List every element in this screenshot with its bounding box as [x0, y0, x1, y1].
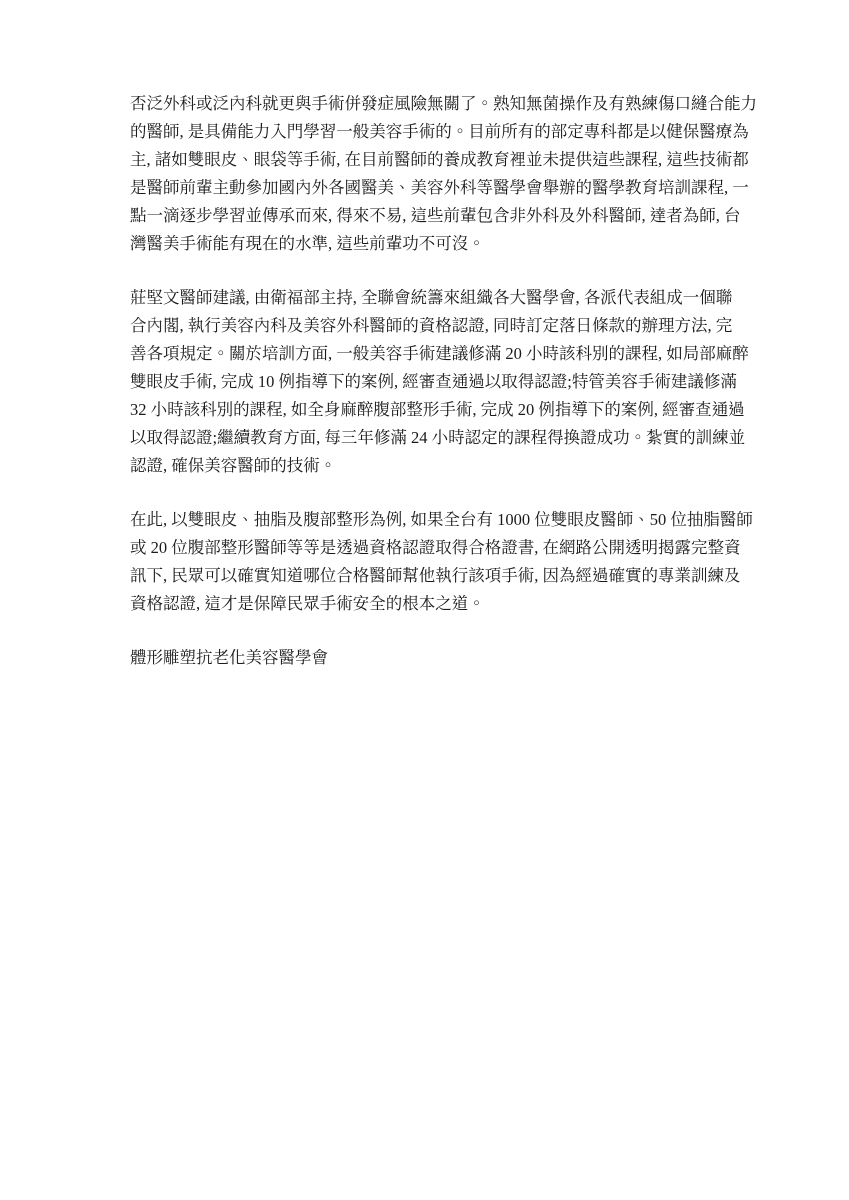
text-line: 認證, 確保美容醫師的技術。 [130, 452, 726, 480]
paragraph: 否泛外科或泛內科就更與手術併發症風險無關了。熟知無菌操作及有熟練傷口縫合能力的醫… [130, 90, 726, 258]
text-line: 的醫師, 是具備能力入門學習一般美容手術的。目前所有的部定專科都是以健保醫療為 [130, 118, 726, 146]
paragraph: 莊堅文醫師建議, 由衛福部主持, 全聯會統籌來組織各大醫學會, 各派代表組成一個… [130, 284, 726, 480]
text-line: 主, 諸如雙眼皮、眼袋等手術, 在目前醫師的養成教育裡並未提供這些課程, 這些技… [130, 146, 726, 174]
text-line: 在此, 以雙眼皮、抽脂及腹部整形為例, 如果全台有 1000 位雙眼皮醫師、50… [130, 506, 726, 534]
text-line: 訊下, 民眾可以確實知道哪位合格醫師幫他執行該項手術, 因為經過確實的專業訓練及 [130, 562, 726, 590]
text-line: 或 20 位腹部整形醫師等等是透過資格認證取得合格證書, 在網路公開透明揭露完整… [130, 534, 726, 562]
signature-paragraph: 體形雕塑抗老化美容醫學會 [130, 644, 726, 672]
text-line: 灣醫美手術能有現在的水準, 這些前輩功不可沒。 [130, 230, 726, 258]
text-line: 雙眼皮手術, 完成 10 例指導下的案例, 經審查通過以取得認證;特管美容手術建… [130, 368, 726, 396]
fallback-glyph: 內 [254, 316, 271, 335]
text-line: 善各項規定。關於培訓方面, 一般美容手術建議修滿 20 小時該科別的課程, 如局… [130, 340, 726, 368]
fallback-glyph: 內 [229, 94, 246, 113]
text-line: 以取得認證;繼續教育方面, 每三年修滿 24 小時認定的課程得換證成功。紮實的訓… [130, 424, 726, 452]
text-line: 32 小時該科別的課程, 如全身麻醉腹部整形手術, 完成 20 例指導下的案例,… [130, 396, 726, 424]
text-line: 否泛外科或泛內科就更與手術併發症風險無關了。熟知無菌操作及有熟練傷口縫合能力 [130, 90, 726, 118]
fallback-glyph: 內 [147, 316, 164, 335]
paragraph: 在此, 以雙眼皮、抽脂及腹部整形為例, 如果全台有 1000 位雙眼皮醫師、50… [130, 506, 726, 618]
signature-line: 體形雕塑抗老化美容醫學會 [130, 644, 726, 672]
text-line: 點一滴逐步學習並傳承而來, 得來不易, 這些前輩包含非外科及外科醫師, 達者為師… [130, 202, 726, 230]
fallback-glyph: 內 [295, 178, 312, 197]
fallback-glyph: 查 [695, 400, 712, 419]
text-line: 合內閣, 執行美容內科及美容外科醫師的資格認證, 同時訂定落日條款的辦理方法, … [130, 312, 726, 340]
fallback-glyph: 查 [435, 372, 452, 391]
text-line: 是醫師前輩主動參加國內外各國醫美、美容外科等醫學會舉辦的醫學教育培訓課程, 一 [130, 174, 726, 202]
text-line: 莊堅文醫師建議, 由衛福部主持, 全聯會統籌來組織各大醫學會, 各派代表組成一個… [130, 284, 726, 312]
text-line: 資格認證, 這才是保障民眾手術安全的根本之道。 [130, 590, 726, 618]
document-body: 否泛外科或泛內科就更與手術併發症風險無關了。熟知無菌操作及有熟練傷口縫合能力的醫… [130, 90, 726, 698]
document-page: 否泛外科或泛內科就更與手術併發症風險無關了。熟知無菌操作及有熟練傷口縫合能力的醫… [0, 0, 849, 1200]
